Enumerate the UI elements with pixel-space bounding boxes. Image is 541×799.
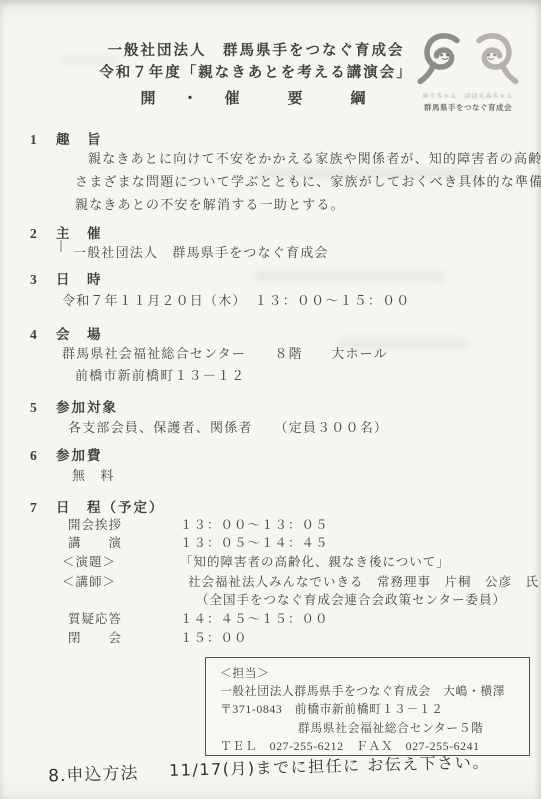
schedule-label: ＜演題＞	[62, 552, 180, 570]
section-2-number: 2	[30, 226, 56, 242]
section-4-number: 4	[30, 327, 56, 343]
section-2-heading: 2主 催	[30, 222, 103, 242]
section-3-title: 日 時	[56, 272, 103, 287]
section-3-heading: 3日 時	[30, 268, 103, 288]
section-4-title: 会 場	[56, 327, 103, 342]
purpose-line-2: さまざまな問題について学ぶとともに、家族がしておくべき具体的な準備を考え、	[75, 171, 541, 190]
section-7-number: 7	[30, 500, 56, 516]
datetime-line: 令和７年１１月２０日（木） １３：００～１５：００	[62, 290, 411, 309]
schedule-value: １３：０５～１４：４５	[180, 536, 329, 550]
schedule-row-closing: 閉 会１５：００	[68, 628, 248, 646]
section-5-number: 5	[30, 400, 56, 416]
logo-organization-caption: 群馬県手をつなぐ育成会	[409, 102, 527, 113]
section-7-heading: 7日 程（予定）	[30, 496, 165, 516]
schedule-label: 講 演	[68, 533, 180, 551]
section-6-title: 参加費	[56, 448, 103, 463]
schedule-label: 閉 会	[68, 628, 180, 646]
schedule-row-opening: 開会挨拶１３：００～１３：０５	[68, 515, 329, 533]
bleed-through-artifact	[255, 271, 445, 282]
section-3-number: 3	[30, 272, 56, 288]
schedule-label: ＜講師＞	[62, 572, 188, 590]
schedule-label: 質疑応答	[68, 609, 180, 627]
organizer-line: 一般社団法人 群馬県手をつなぐ育成会	[73, 242, 329, 261]
scanned-document-page: 一般社団法人 群馬県手をつなぐ育成会 令和７年度「親なきあとを考える講演会」 開…	[0, 0, 541, 799]
purpose-line-3: 親なきあとの不安を解消する一助とする。	[75, 194, 345, 213]
logo-mascot-names: ゆうちゃん ほほえみちゃん	[409, 91, 527, 100]
section-6-number: 6	[30, 448, 56, 464]
schedule-value: １５：００	[180, 631, 248, 645]
section-2-title: 主 催	[56, 226, 103, 241]
section-6-heading: 6参加費	[30, 444, 103, 464]
association-logo: ゆうちゃん ほほえみちゃん 群馬県手をつなぐ育成会	[409, 32, 527, 113]
schedule-value: １３：００～１３：０５	[180, 518, 329, 532]
schedule-value: 社会福祉法人みんなでいきる 常務理事 片桐 公彦 氏	[188, 575, 539, 589]
contact-box: ＜担当＞ 一般社団法人群馬県手をつなぐ育成会 大嶋・横澤 〒371-0843 前…	[205, 657, 530, 756]
contact-title: ＜担当＞	[220, 664, 519, 682]
handwritten-item-number: 8.申込方法	[48, 758, 139, 786]
purpose-line-1: 親なきあとに向けて不安をかかえる家族や関係者が、知的障害者の高齢化に伴う	[88, 148, 541, 167]
section-5-title: 参加対象	[56, 400, 118, 415]
section-4-heading: 4会 場	[30, 323, 103, 343]
section-5-heading: 5参加対象	[30, 396, 118, 416]
schedule-value: １４：４５～１５：００	[180, 612, 329, 626]
fee-line: 無 料	[72, 465, 115, 484]
section-7-title: 日 程（予定）	[56, 500, 165, 515]
venue-line-2: 前橋市新前橋町１３－１２	[75, 365, 245, 384]
schedule-value: （全国手をつなぐ育成会連合会政策センター委員）	[196, 593, 506, 607]
schedule-row-speaker-affiliation: （全国手をつなぐ育成会連合会政策センター委員）	[196, 590, 506, 608]
section-1-number: 1	[30, 132, 56, 148]
section-1-heading: 1趣 旨	[30, 128, 103, 148]
schedule-value: 「知的障害者の高齢化、親なき後について」	[180, 555, 450, 569]
contact-address-1: 〒371-0843 前橋市新前橋町１３－１２	[220, 700, 519, 718]
contact-address-2: 群馬県社会福祉総合センター５階	[220, 719, 519, 737]
venue-line-1: 群馬県社会福祉総合センター ８階 大ホール	[62, 343, 388, 362]
schedule-row-topic: ＜演題＞「知的障害者の高齢化、親なき後について」	[62, 552, 450, 570]
schedule-row-qa: 質疑応答１４：４５～１５：００	[68, 609, 329, 627]
twin-swirl-mascots-icon	[416, 32, 520, 90]
participants-line: 各支部会員、保護者、関係者 （定員３００名）	[68, 417, 388, 436]
contact-org-persons: 一般社団法人群馬県手をつなぐ育成会 大嶋・横澤	[220, 682, 519, 700]
section-1-title: 趣 旨	[56, 132, 103, 147]
schedule-row-lecture: 講 演１３：０５～１４：４５	[68, 533, 329, 551]
schedule-row-speaker: ＜講師＞社会福祉法人みんなでいきる 常務理事 片桐 公彦 氏	[62, 572, 539, 590]
schedule-label: 開会挨拶	[68, 515, 180, 533]
